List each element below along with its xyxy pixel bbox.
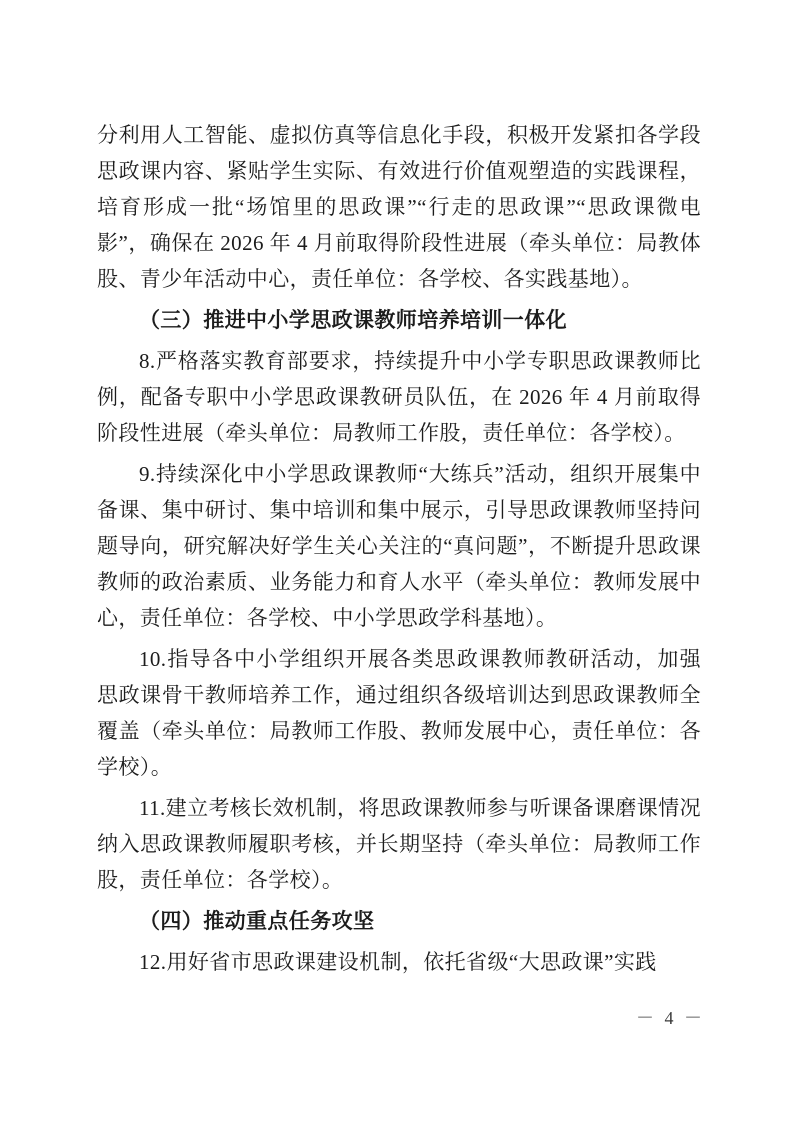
section-heading-4: （四）推动重点任务攻坚: [97, 903, 701, 939]
paragraph-item-10: 10.指导各中小学组织开展各类思政课教师教研活动，加强思政课骨干教师培养工作，通…: [97, 641, 701, 785]
page-number: － 4 －: [636, 1006, 705, 1030]
section-heading-3: （三）推进中小学思政课教师培养培训一体化: [97, 302, 701, 338]
paragraph-item-12: 12.用好省市思政课建设机制，依托省级“大思政课”实践: [97, 944, 701, 980]
document-body: 分利用人工智能、虚拟仿真等信息化手段，积极开发紧扣各学段思政课内容、紧贴学生实际…: [97, 117, 701, 985]
paragraph-continuation: 分利用人工智能、虚拟仿真等信息化手段，积极开发紧扣各学段思政课内容、紧贴学生实际…: [97, 117, 701, 297]
document-page: 分利用人工智能、虚拟仿真等信息化手段，积极开发紧扣各学段思政课内容、紧贴学生实际…: [0, 0, 793, 1122]
paragraph-item-8: 8.严格落实教育部要求，持续提升中小学专职思政课教师比例，配备专职中小学思政课教…: [97, 343, 701, 451]
paragraph-item-9: 9.持续深化中小学思政课教师“大练兵”活动，组织开展集中备课、集中研讨、集中培训…: [97, 456, 701, 636]
paragraph-item-11: 11.建立考核长效机制，将思政课教师参与听课备课磨课情况纳入思政课教师履职考核，…: [97, 790, 701, 898]
